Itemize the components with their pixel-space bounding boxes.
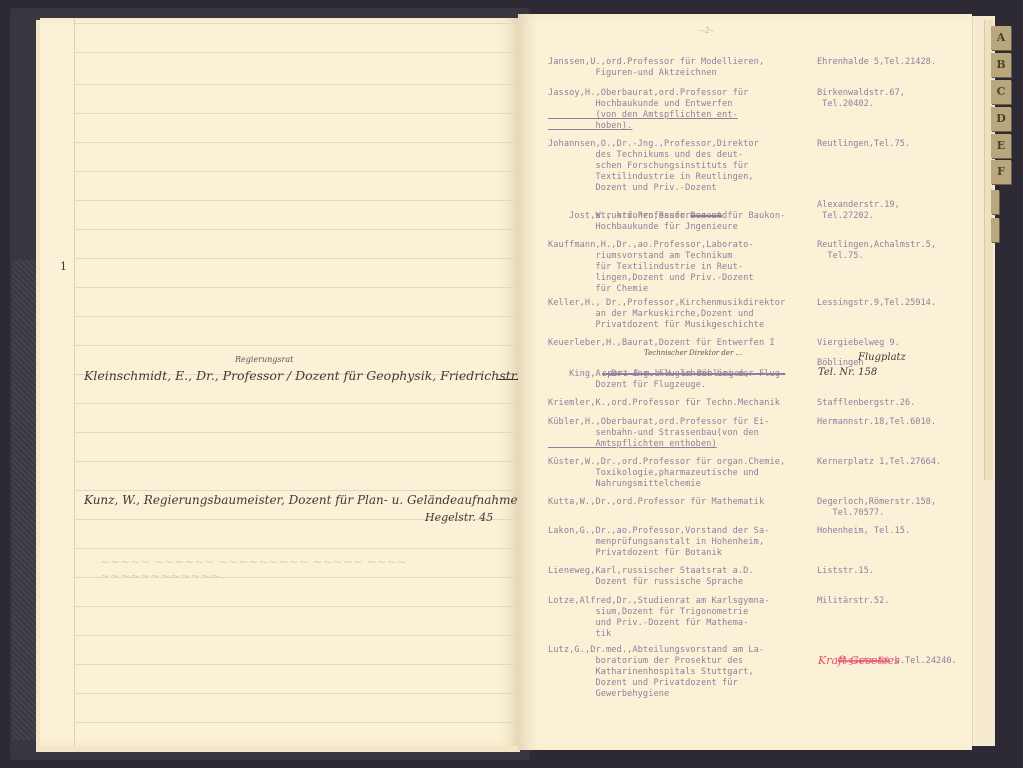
- page-header-mark: –2–: [700, 26, 714, 35]
- struck-text: sport G.m.b.H. in Böblingen,: [602, 369, 750, 380]
- index-tab-h[interactable]: [991, 218, 999, 242]
- index-tab-f[interactable]: F: [991, 160, 1011, 184]
- handwritten-entry-1: Kleinschmidt, E., Dr., Professor / Dozen…: [84, 368, 539, 383]
- index-tab-c[interactable]: C: [991, 80, 1011, 104]
- margin-mark: 1: [60, 260, 67, 273]
- margin-line: [74, 18, 75, 746]
- cover-texture: [12, 260, 36, 740]
- index-tab-d[interactable]: D: [991, 107, 1011, 131]
- handwritten-insertion: Regierungsrat: [235, 355, 293, 364]
- index-tab-b[interactable]: B: [991, 53, 1011, 77]
- handwritten-insertion: Technischer Direktor der ...: [644, 349, 742, 357]
- handwritten-entry-2-address: Hegelstr. 45: [425, 511, 493, 524]
- index-tab-g[interactable]: [991, 190, 999, 214]
- handwritten-entry-2: Kunz, W., Regierungsbaumeister, Dozent f…: [84, 493, 518, 507]
- faint-erased-line: ~~~~~ ~~~~~~ ~~~~~~~~~ ~~~~~ ~~~~ ~~~~~~…: [100, 555, 518, 583]
- index-tab-e[interactable]: E: [991, 134, 1011, 158]
- left-page: 1 Regierungsrat Kleinschmidt, E., Dr., P…: [40, 18, 518, 746]
- red-handwritten-note: Kraft Gesetzes: [818, 654, 900, 667]
- index-tab-a[interactable]: A: [991, 26, 1011, 50]
